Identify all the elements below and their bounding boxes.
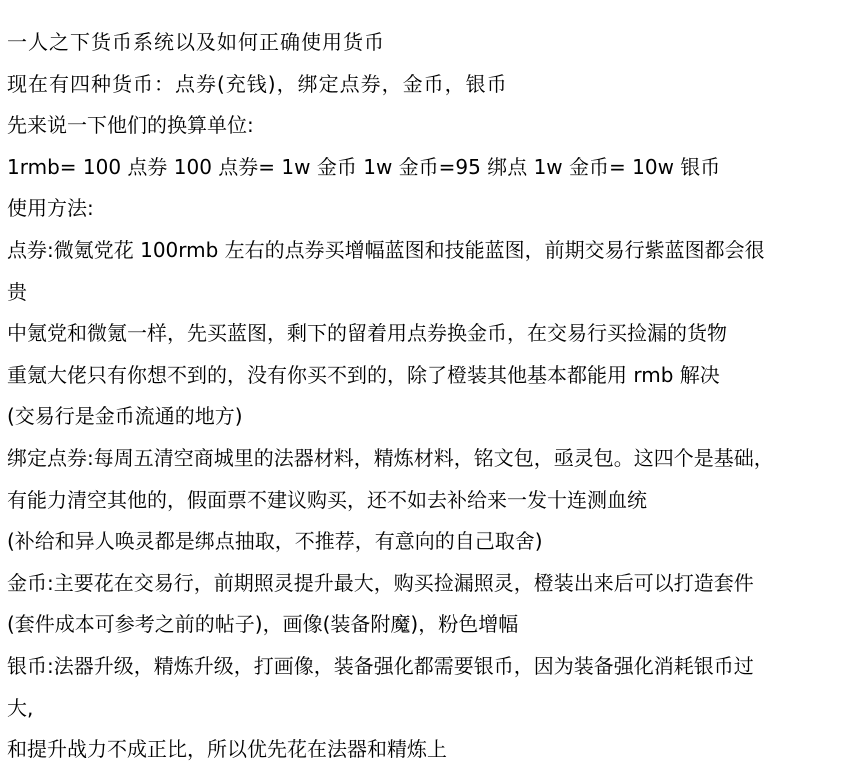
usage-heading: 使用方法: — [7, 188, 857, 230]
document-title: 一人之下货币系统以及如何正确使用货币 — [7, 22, 857, 64]
document-body: 一人之下货币系统以及如何正确使用货币 现在有四种货币：点券(充钱)，绑定点券，金… — [7, 22, 857, 771]
paragraph-line: 中氪党和微氪一样，先买蓝图，剩下的留着用点券换金币，在交易行买捡漏的货物 — [7, 313, 857, 355]
paragraph-line: 大, — [7, 688, 857, 730]
paragraph-line: 重氪大佬只有你想不到的，没有你买不到的，除了橙装其他基本都能用 rmb 解决 — [7, 355, 857, 397]
conversion-rates: 1rmb= 100 点券 100 点券= 1w 金币 1w 金币=95 绑点 1… — [7, 147, 857, 189]
paragraph-line: (交易行是金币流通的地方) — [7, 396, 857, 438]
paragraph-line: (补给和异人唤灵都是绑点抽取，不推荐，有意向的自己取舍) — [7, 521, 857, 563]
paragraph-line: 金币:主要花在交易行，前期照灵提升最大，购买捡漏照灵，橙装出来后可以打造套件 — [7, 563, 857, 605]
paragraph-line: (套件成本可参考之前的帖子)，画像(装备附魔)，粉色增幅 — [7, 604, 857, 646]
paragraph-line: 绑定点券:每周五清空商城里的法器材料，精炼材料，铭文包，亟灵包。这四个是基础， — [7, 438, 857, 480]
paragraph-line: 有能力清空其他的，假面票不建议购买，还不如去补给来一发十连测血统 — [7, 480, 857, 522]
conversion-heading: 先来说一下他们的换算单位: — [7, 105, 857, 147]
paragraph-line: 和提升战力不成正比，所以优先花在法器和精炼上 — [7, 729, 857, 771]
paragraph-line: 点券:微氪党花 100rmb 左右的点券买增幅蓝图和技能蓝图，前期交易行紫蓝图都… — [7, 230, 857, 272]
paragraph-line: 银币:法器升级，精炼升级，打画像，装备强化都需要银币，因为装备强化消耗银币过 — [7, 646, 857, 688]
intro-currencies: 现在有四种货币：点券(充钱)，绑定点券，金币，银币 — [7, 64, 857, 106]
paragraph-line: 贵 — [7, 272, 857, 314]
